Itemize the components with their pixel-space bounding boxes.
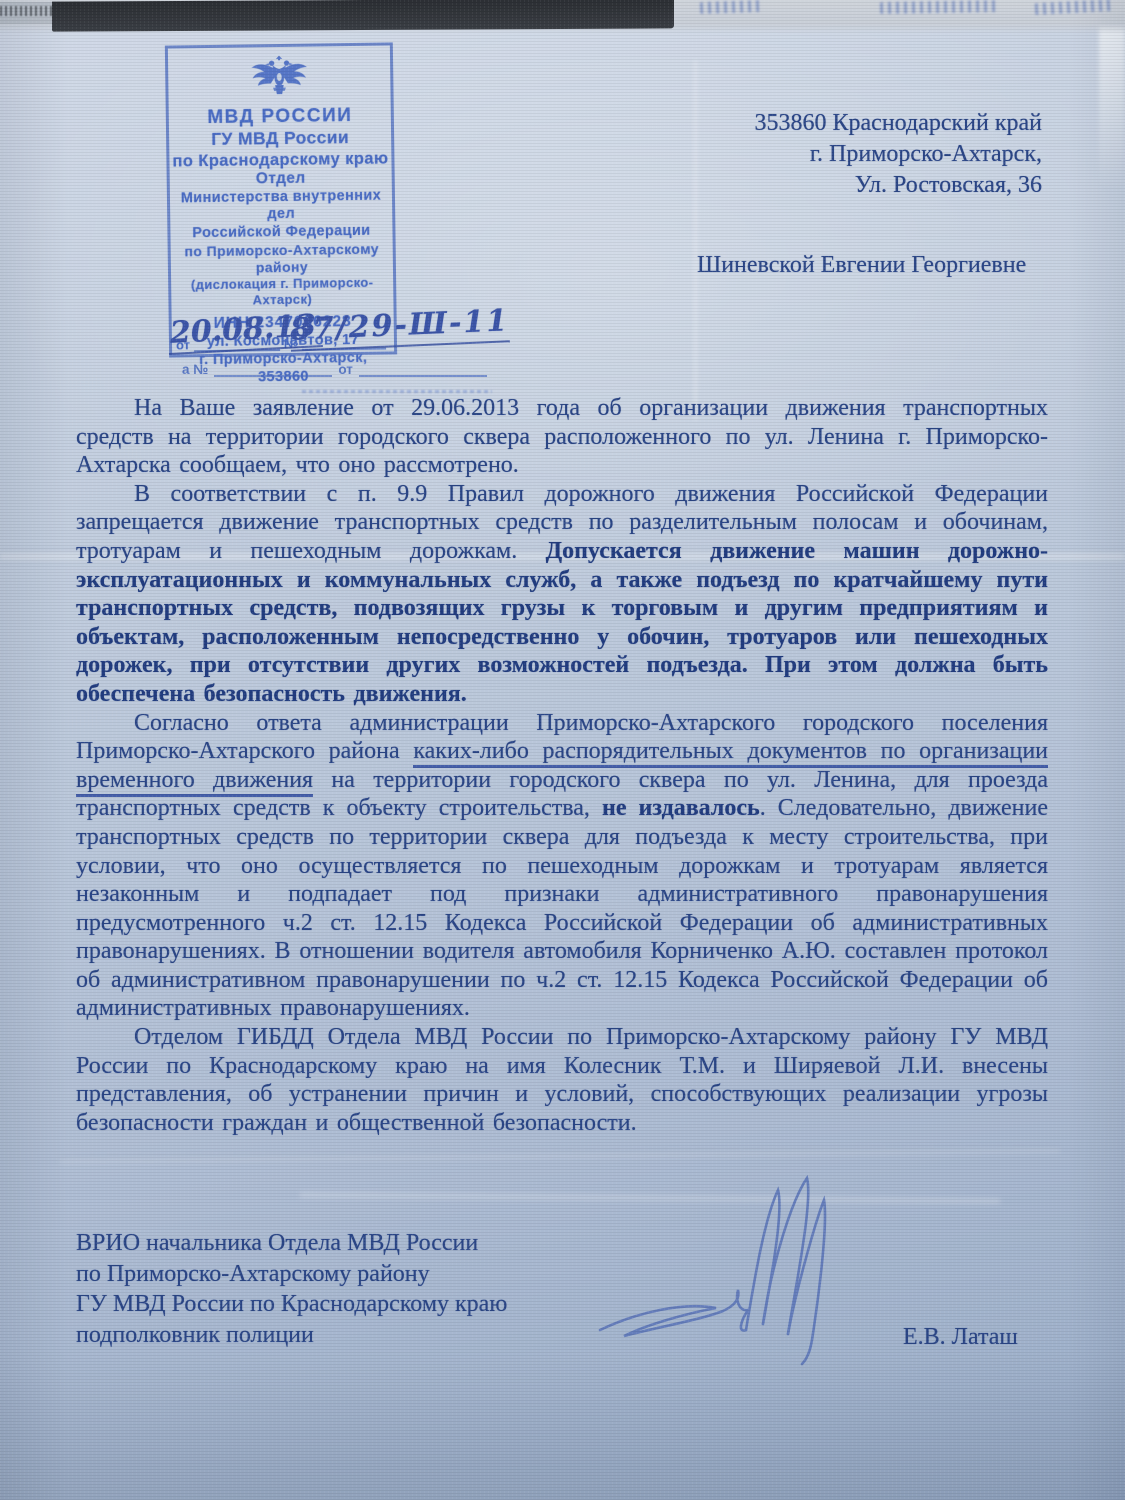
- signature-title-line: ГУ МВД России по Краснодарскому краю: [76, 1289, 507, 1320]
- recipient-name: Шиневской Евгении Георгиевне: [697, 252, 1026, 279]
- text-run-normal: На Ваше заявление от 29.06.2013 года об …: [76, 395, 1048, 478]
- letter-body: На Ваше заявление от 29.06.2013 года об …: [76, 394, 1048, 1137]
- body-paragraph: В соответствии с п. 9.9 Правил дорожного…: [76, 480, 1048, 709]
- reg-date-blank: [359, 363, 487, 377]
- blurred-text-fragment: [700, 0, 760, 14]
- reg-from-label: от: [338, 362, 353, 377]
- stamp-line: по Краснодарскому краю: [169, 148, 391, 171]
- incoming-registration-line: а № от: [182, 362, 487, 377]
- signature-title-line: подполковник полиции: [76, 1320, 507, 1351]
- signature-title-line: ВРИО начальника Отдела МВД России: [76, 1228, 507, 1259]
- signature-title-line: по Приморско-Ахтарскому району: [76, 1259, 507, 1290]
- handwritten-signature-icon: [588, 1162, 933, 1380]
- stamp-line: ГУ МВД России: [169, 127, 391, 151]
- stamp-line: (дислокация г. Приморско-Ахтарск): [171, 274, 393, 309]
- background-dark-band: [52, 0, 674, 32]
- address-line: 353860 Краснодарский край: [620, 108, 1042, 139]
- stamp-line: по Приморско-Ахтарскому району: [171, 240, 393, 277]
- document-photo: МВД РОССИИГУ МВД Россиипо Краснодарскому…: [0, 0, 1125, 1500]
- text-run-normal: Отделом ГИБДД Отдела МВД России по Примо…: [76, 1024, 1048, 1136]
- addressee-address-block: 353860 Краснодарский крайг. Приморско-Ах…: [620, 108, 1042, 201]
- body-paragraph: На Ваше заявление от 29.06.2013 года об …: [76, 394, 1048, 480]
- stamp-line: Министерства внутренних дел: [170, 187, 392, 225]
- signature-title-block: ВРИО начальника Отдела МВД Россиипо Прим…: [76, 1228, 507, 1350]
- blurred-text-fragment: [0, 6, 52, 16]
- address-line: г. Приморско-Ахтарск,: [620, 139, 1042, 170]
- body-paragraph: Согласно ответа администрации Приморско-…: [76, 709, 1048, 1024]
- signer-name: Е.В. Латаш: [903, 1324, 1018, 1351]
- background-paper-fragment: [0, 2, 52, 24]
- stamp-line: МВД РОССИИ: [169, 103, 391, 129]
- blurred-text-fragment: [880, 0, 1000, 14]
- reg-prefix-label: а №: [182, 362, 208, 377]
- blurred-micro-print: [302, 390, 492, 393]
- background-strip: [0, 0, 1125, 34]
- text-run-bold: не издавалось: [602, 795, 760, 821]
- blurred-text-fragment: [1035, 0, 1116, 15]
- body-paragraph: Отделом ГИБДД Отдела МВД России по Примо…: [76, 1023, 1048, 1137]
- double-eagle-emblem-icon: [247, 51, 312, 104]
- address-line: Ул. Ростовская, 36: [620, 170, 1042, 201]
- text-run-normal: . Следовательно, движение транспортных с…: [76, 795, 1048, 1021]
- reg-number-blank: [214, 363, 332, 377]
